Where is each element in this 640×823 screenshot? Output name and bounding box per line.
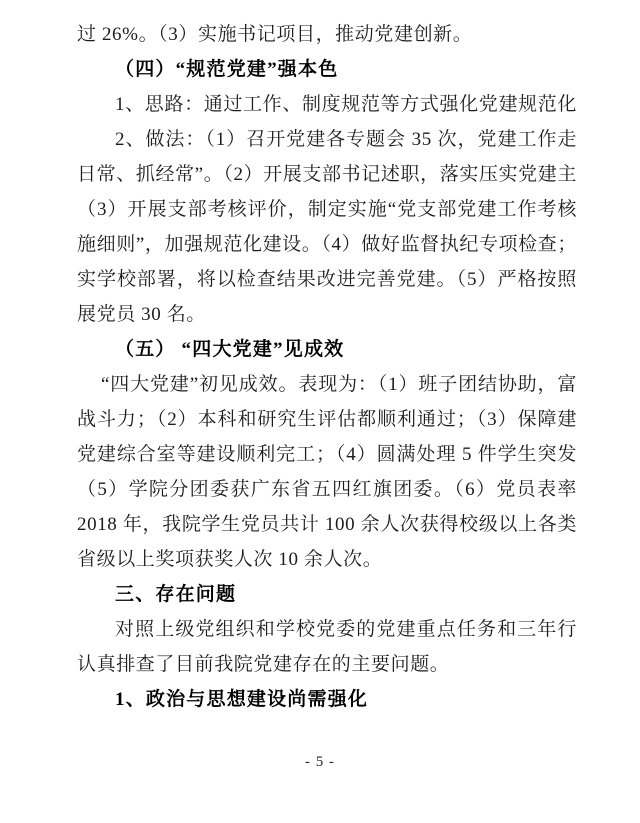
doc-line: 对照上级党组织和学校党委的党建重点任务和三年行动计划， bbox=[77, 612, 577, 647]
doc-line: （3）开展支部考核评价，制定实施“党支部党建工作考核评价实 bbox=[77, 192, 577, 227]
doc-line: （5）学院分团委获广东省五四红旗团委。（6）党员表率作用增强。 bbox=[77, 472, 577, 507]
section-5-heading: （五） “四大党建”见成效 bbox=[77, 332, 577, 367]
doc-line: 实学校部署，将以检查结果改进完善党建。（5）严格按照程序发 bbox=[77, 262, 577, 297]
section-4-heading: （四）“规范党建”强本色 bbox=[77, 52, 577, 87]
doc-line: 认真排查了目前我院党建存在的主要问题。 bbox=[77, 647, 577, 682]
document-body: 过 26%。（3）实施书记项目，推动党建创新。 （四）“规范党建”强本色 1、思… bbox=[77, 17, 577, 717]
issue-1-heading: 1、政治与思想建设尚需强化 bbox=[77, 682, 577, 717]
doc-line: 展党员 30 名。 bbox=[77, 297, 577, 332]
doc-line: “四大党建”初见成效。表现为：（1）班子团结协助，富有 bbox=[77, 367, 577, 402]
doc-line: 党建综合室等建设顺利完工；（4）圆满处理 5 件学生突发事件； bbox=[77, 437, 577, 472]
doc-line: 2018 年，我院学生党员共计 100 余人次获得校级以上各类奖项， bbox=[77, 507, 577, 542]
doc-line: 日常、抓经常”。（2）开展支部书记述职，落实压实党建主体责任。 bbox=[77, 157, 577, 192]
doc-line: 施细则”，加强规范化建设。（4）做好监督执纪专项检查；认真落 bbox=[77, 227, 577, 262]
part-3-heading: 三、存在问题 bbox=[77, 577, 577, 612]
page-number: - 5 - bbox=[0, 748, 640, 776]
document-page: 过 26%。（3）实施书记项目，推动党建创新。 （四）“规范党建”强本色 1、思… bbox=[0, 0, 640, 823]
doc-line: 过 26%。（3）实施书记项目，推动党建创新。 bbox=[77, 17, 577, 52]
doc-line: 战斗力；（2）本科和研究生评估都顺利通过；（3）保障建设：425 bbox=[77, 402, 577, 437]
doc-line: 1、思路：通过工作、制度规范等方式强化党建规范化水平。 bbox=[77, 87, 577, 122]
doc-line: 省级以上奖项获奖人次 10 余人次。 bbox=[77, 542, 577, 577]
doc-line: 2、做法：（1）召开党建各专题会 35 次，党建工作走向“重 bbox=[77, 122, 577, 157]
